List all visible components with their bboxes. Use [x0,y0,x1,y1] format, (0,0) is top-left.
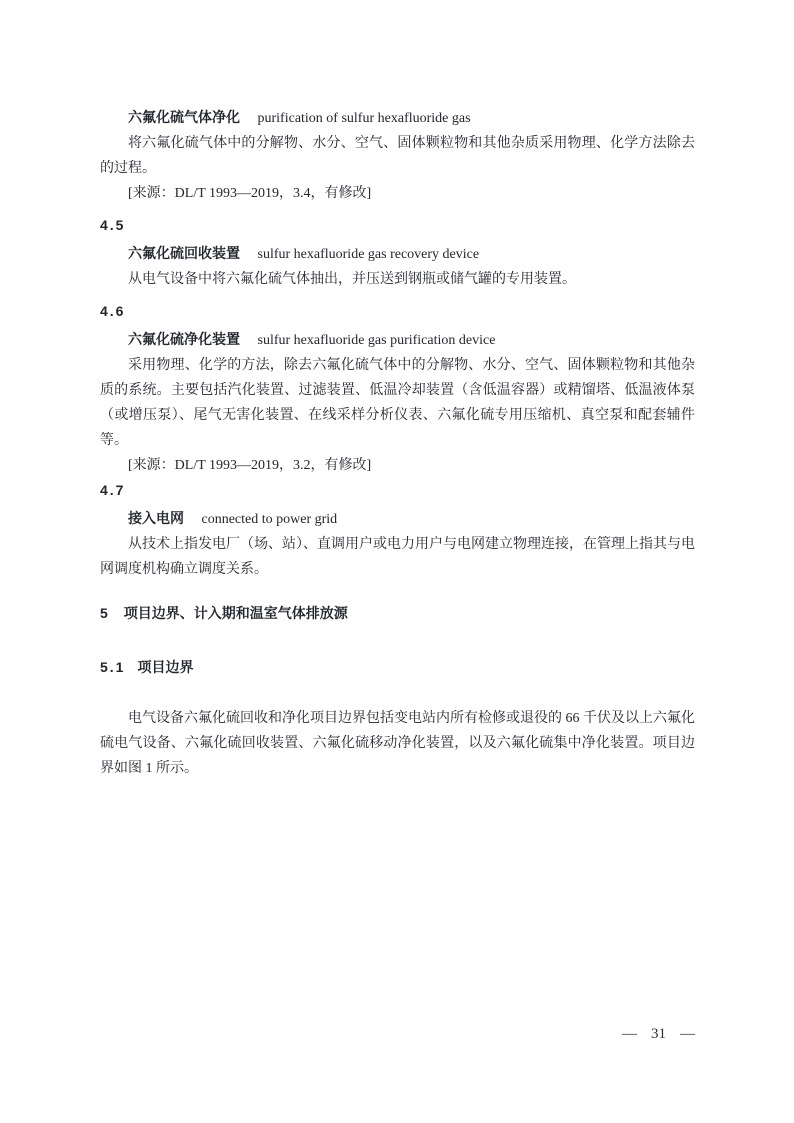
term-entry: 4.7 接入电网 connected to power grid 从技术上指发电… [100,478,695,582]
term-line: 六氟化硫回收装置 sulfur hexafluoride gas recover… [100,241,695,267]
term-english: connected to power grid [202,512,338,527]
term-line: 接入电网 connected to power grid [100,506,695,532]
term-english: sulfur hexafluoride gas recovery device [258,247,480,262]
term-chinese: 接入电网 [128,510,184,526]
source-reference: [来源：DL/T 1993—2019，3.2，有修改] [100,453,695,478]
term-english: sulfur hexafluoride gas purification dev… [258,333,496,348]
term-line: 六氟化硫净化装置 sulfur hexafluoride gas purific… [100,327,695,353]
chapter-heading: 5项目边界、计入期和温室气体排放源 [100,601,695,626]
section-title: 项目边界 [137,659,193,675]
term-chinese: 六氟化硫气体净化 [128,109,240,125]
page-content: 六氟化硫气体净化 purification of sulfur hexafluo… [0,0,794,781]
source-reference: [来源：DL/T 1993—2019，3.4，有修改] [100,181,695,206]
term-chinese: 六氟化硫回收装置 [128,245,240,261]
section-heading: 5.1项目边界 [100,655,695,680]
term-definition: 从电气设备中将六氟化硫气体抽出，并压送到钢瓶或储气罐的专用装置。 [100,267,695,292]
footer-right-dash: — [680,1024,695,1044]
chapter-number: 5 [100,605,110,621]
term-definition: 从技术上指发电厂（场、站）、直调用户或电力用户与电网建立物理连接，在管理上指其与… [100,532,695,582]
footer-left-dash: — [622,1024,637,1044]
page-footer: — 31 — [622,1024,695,1044]
clause-number: 4.5 [100,213,695,238]
term-definition: 采用物理、化学的方法，除去六氟化硫气体中的分解物、水分、空气、固体颗粒物和其他杂… [100,353,695,453]
chapter-title: 项目边界、计入期和温室气体排放源 [124,605,348,621]
clause-number: 4.6 [100,299,695,324]
page-number: 31 [651,1024,666,1044]
term-entry: 4.5 六氟化硫回收装置 sulfur hexafluoride gas rec… [100,213,695,292]
clause-number: 4.7 [100,478,695,503]
body-paragraph: 电气设备六氟化硫回收和净化项目边界包括变电站内所有检修或退役的 66 千伏及以上… [100,706,695,781]
term-entry: 4.6 六氟化硫净化装置 sulfur hexafluoride gas pur… [100,299,695,478]
section-number: 5.1 [100,659,125,675]
term-chinese: 六氟化硫净化装置 [128,331,240,347]
term-line: 六氟化硫气体净化 purification of sulfur hexafluo… [100,105,695,131]
term-entry: 六氟化硫气体净化 purification of sulfur hexafluo… [100,105,695,206]
document-page: 六氟化硫气体净化 purification of sulfur hexafluo… [0,0,794,1123]
term-definition: 将六氟化硫气体中的分解物、水分、空气、固体颗粒物和其他杂质采用物理、化学方法除去… [100,131,695,181]
term-english: purification of sulfur hexafluoride gas [258,111,471,126]
